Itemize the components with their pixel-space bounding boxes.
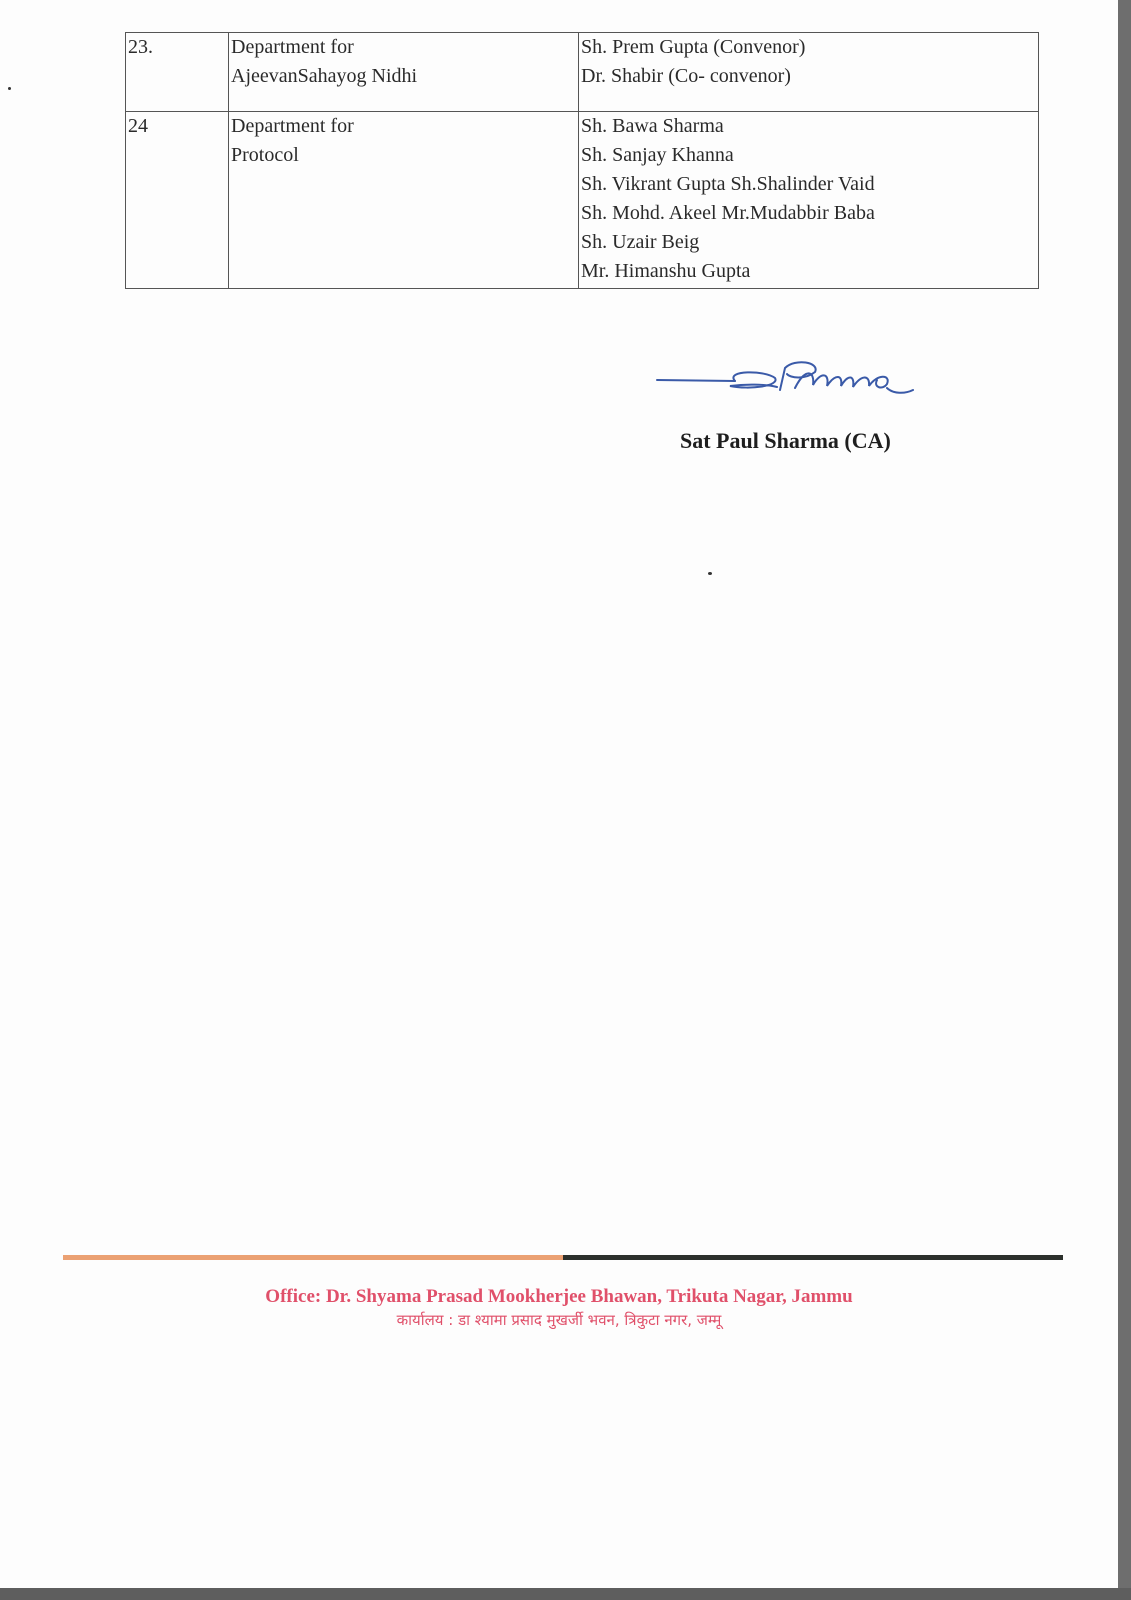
- member-name: Sh. Sanjay Khanna: [581, 141, 1036, 170]
- member-name: Sh. Bawa Sharma: [581, 112, 1036, 141]
- signatory-name: Sat Paul Sharma (CA): [680, 428, 891, 454]
- scan-speck: [708, 572, 712, 575]
- footer-rule-orange: [63, 1255, 563, 1260]
- department-line: Protocol: [231, 141, 576, 170]
- department-cell: Department for Protocol: [229, 112, 579, 289]
- department-line: Department for: [231, 112, 576, 141]
- signature-icon: [655, 360, 955, 420]
- scan-border-bottom: [0, 1588, 1131, 1600]
- member-name: Sh. Vikrant Gupta Sh.Shalinder Vaid: [581, 170, 1036, 199]
- department-line: AjeevanSahayog Nidhi: [231, 62, 576, 91]
- member-name: Dr. Shabir (Co- convenor): [581, 62, 1036, 91]
- table-row: 23. Department for AjeevanSahayog Nidhi …: [126, 33, 1039, 112]
- office-address-hindi: कार्यालय : डा श्यामा प्रसाद मुखर्जी भवन,…: [0, 1310, 1118, 1330]
- member-name: Sh. Prem Gupta (Convenor): [581, 33, 1036, 62]
- member-name: Sh. Uzair Beig: [581, 228, 1036, 257]
- table-row: 24 Department for Protocol Sh. Bawa Shar…: [126, 112, 1039, 289]
- member-name: Mr. Himanshu Gupta: [581, 257, 1036, 286]
- row-number: 23.: [126, 33, 229, 112]
- footer-rule-dark: [563, 1255, 1063, 1260]
- members-cell: Sh. Prem Gupta (Convenor) Dr. Shabir (Co…: [579, 33, 1039, 112]
- scan-speck: [8, 87, 11, 90]
- row-number: 24: [126, 112, 229, 289]
- department-line: Department for: [231, 33, 576, 62]
- scan-border-right: [1118, 0, 1131, 1600]
- department-cell: Department for AjeevanSahayog Nidhi: [229, 33, 579, 112]
- office-address-english: Office: Dr. Shyama Prasad Mookherjee Bha…: [0, 1286, 1118, 1308]
- departments-table: 23. Department for AjeevanSahayog Nidhi …: [125, 32, 1039, 289]
- document-page: 23. Department for AjeevanSahayog Nidhi …: [0, 0, 1118, 1588]
- members-cell: Sh. Bawa Sharma Sh. Sanjay Khanna Sh. Vi…: [579, 112, 1039, 289]
- member-name: Sh. Mohd. Akeel Mr.Mudabbir Baba: [581, 199, 1036, 228]
